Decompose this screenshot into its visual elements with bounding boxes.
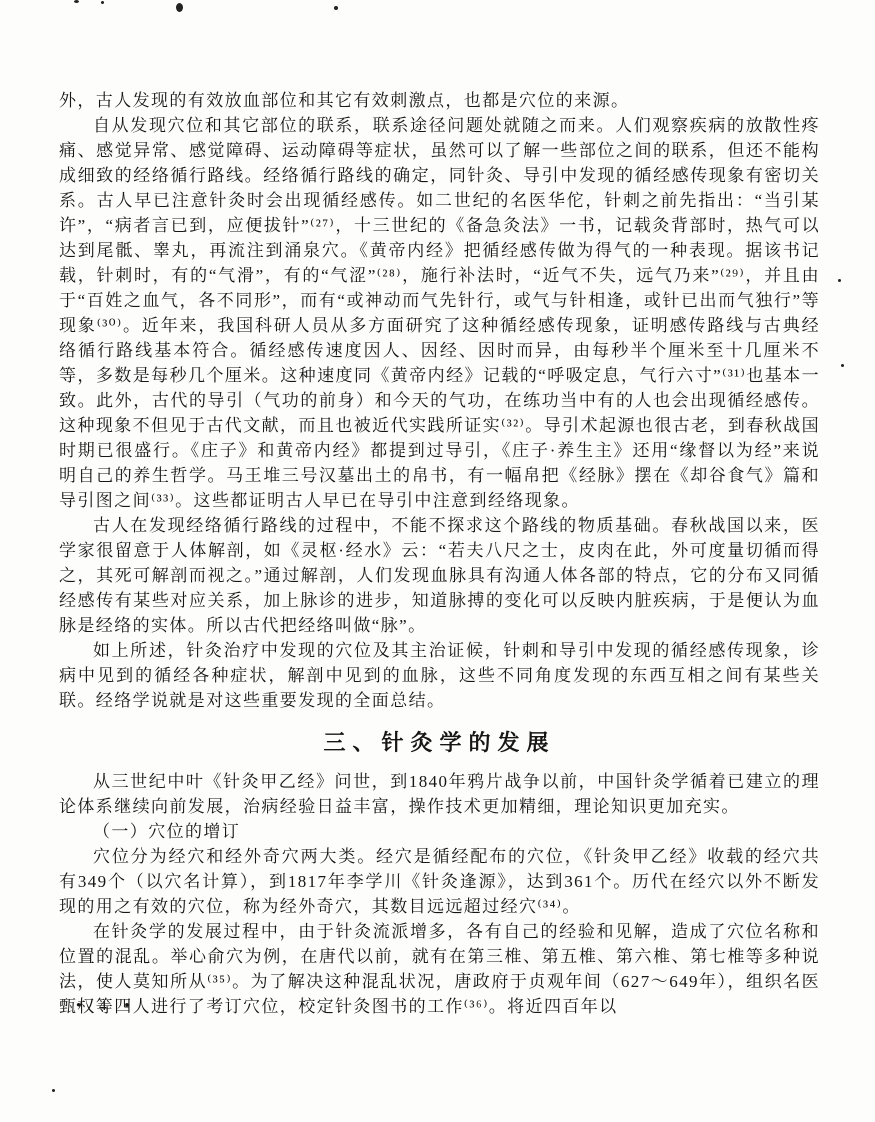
body-paragraph: 穴位分为经穴和经外奇穴两大类。经穴是循经配布的穴位，《针灸甲乙经》收载的经穴共有… (59, 844, 820, 919)
section-heading: 三、针灸学的发展 (59, 728, 820, 758)
body-paragraph: 外，古人发现的有效放血部位和其它有效刺激点，也都是穴位的来源。 (59, 88, 820, 113)
body-paragraph: 古人在发现经络循行路线的过程中，不能不探求这个路线的物质基础。春秋战国以来，医学… (59, 513, 820, 638)
scan-speck (838, 279, 841, 282)
book-page: 外，古人发现的有效放血部位和其它有效刺激点，也都是穴位的来源。自从发现穴位和其它… (0, 0, 875, 1122)
scan-speck (176, 3, 183, 12)
body-paragraph: 在针灸学的发展过程中，由于针灸流派增多，各有自己的经验和见解，造成了穴位名称和位… (59, 919, 820, 1019)
scan-speck (841, 364, 844, 367)
body-paragraph: 从三世纪中叶《针灸甲乙经》问世，到1840年鸦片战争以前，中国针灸学循着已建立的… (59, 769, 820, 819)
body-paragraph: 自从发现穴位和其它部位的联系，联系途径问题处就随之而来。人们观察疾病的放散性疼痛… (59, 113, 820, 513)
page-number: • 4 • (76, 998, 132, 1015)
page-text-block: 外，古人发现的有效放血部位和其它有效刺激点，也都是穴位的来源。自从发现穴位和其它… (59, 88, 820, 1019)
subsection-heading: （一）穴位的增订 (59, 819, 820, 844)
scan-speck (52, 1089, 55, 1092)
body-paragraph: 如上所述，针灸治疗中发现的穴位及其主治证候，针刺和导引中发现的循经感传现象，诊病… (59, 638, 820, 713)
scan-speck (101, 1, 104, 4)
scan-speck (74, 0, 79, 3)
scan-speck (334, 6, 338, 10)
